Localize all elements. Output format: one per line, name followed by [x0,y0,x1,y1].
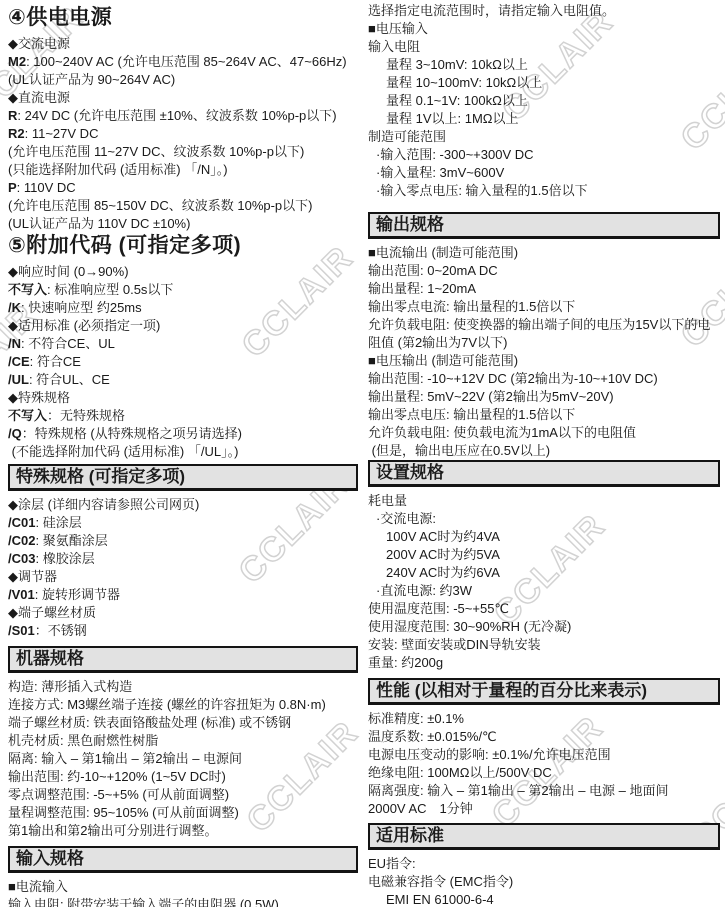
spec-line: ◆端子螺丝材质 [8,604,358,622]
spec-line: 100V AC时为约4VA [368,528,720,546]
spec-line: 2000V AC 1分钟 [368,800,720,818]
spec-line: 选择指定电流范围时，请指定输入电阻值。 [368,2,720,20]
spec-line: 重量: 约200g [368,654,720,672]
spec-line: /UL: 符合UL、CE [8,371,358,389]
section-heading-additional-codes: ⑤附加代码 (可指定多项) [8,234,358,258]
spec-line: 量程 1V以上: 1MΩ以上 [368,110,720,128]
spec-line: 电磁兼容指令 (EMC指令) [368,873,720,891]
spec-line: /C01: 硅涂层 [8,514,358,532]
spec-line-code: /S01 [8,623,35,638]
spec-line: ·交流电源: [368,510,720,528]
spec-line: 不写入：无特殊规格 [8,407,358,425]
section-heading-input-specs: 输入规格 [8,846,358,873]
spec-line-code: /Q [8,426,22,441]
section-special-specs: 特殊规格 (可指定多项) ◆涂层 (详细内容请参照公司网页)/C01: 硅涂层/… [8,464,358,640]
spec-line: 允许负载电阻: 使负载电流为1mA以下的电阻值 [368,424,720,442]
spec-line: 量程 10~100mV: 10kΩ以上 [368,74,720,92]
spec-line-code: /V01 [8,587,35,602]
spec-line: 输出范围: -10~+12V DC (第2输出为-10~+10V DC) [368,370,720,388]
spec-line: ◆特殊规格 [8,389,358,407]
right-column: 选择指定电流范围时，请指定输入电阻值。■电压输入输入电阻量程 3~10mV: 1… [368,0,720,907]
spec-line: 标准精度: ±0.1% [368,710,720,728]
spec-line: 隔离强度: 输入 – 第1输出 – 第2输出 – 电源 – 地面间 [368,782,720,800]
spec-line-code: /CE [8,354,30,369]
section-lines: EU指令:电磁兼容指令 (EMC指令)EMI EN 61000-6-4 [368,855,720,907]
spec-line: ■电流输出 (制造可能范围) [368,244,720,262]
spec-line: ■电压输入 [368,20,720,38]
spec-line: 机壳材质: 黑色耐燃性树脂 [8,732,358,750]
spec-line: EMI EN 61000-6-4 [368,891,720,907]
section-lines: ◆响应时间 (0→90%)不写入: 标准响应型 0.5s以下/K: 快速响应型 … [8,263,358,461]
spec-line: ■电流输入 [8,878,358,896]
spec-line-code: R [8,108,17,123]
spec-line: 允许负载电阻: 使变换器的输出端子间的电压为15V以下的电 [368,316,720,334]
spec-line: /S01：不锈钢 [8,622,358,640]
spec-line-code: R2 [8,126,25,141]
spec-line: (允许电压范围 85~150V DC、纹波系数 10%p-p以下) [8,197,358,215]
spec-line: ·直流电源: 约3W [368,582,720,600]
spec-line: /CE: 符合CE [8,353,358,371]
spec-line: ◆涂层 (详细内容请参照公司网页) [8,496,358,514]
spec-line: 240V AC时为约6VA [368,564,720,582]
section-lines: ◆涂层 (详细内容请参照公司网页)/C01: 硅涂层/C02: 聚氨酯涂层/C0… [8,496,358,640]
spec-line: /Q：特殊规格 (从特殊规格之项另请选择) [8,425,358,443]
spec-line: 端子螺丝材质: 铁表面铬酸盐处理 (标准) 或不锈钢 [8,714,358,732]
spec-line: (UL认证产品为 90~264V AC) [8,71,358,89]
spec-line-code: P [8,180,17,195]
spec-line: 输出量程: 5mV~22V (第2输出为5mV~20V) [368,388,720,406]
spec-line-code: 不写入 [8,282,47,297]
spec-line-code: /K [8,300,21,315]
spec-line: 输出范围: 约-10~+120% (1~5V DC时) [8,768,358,786]
section-heading-machine-specs: 机器规格 [8,646,358,673]
spec-line: ◆适用标准 (必须指定一项) [8,317,358,335]
spec-line: 输入电阻: 附带安装于输入端子的电阻器 (0.5W) [8,896,358,907]
spec-line: (只能选择附加代码 (适用标准) 「/N」。) [8,161,358,179]
section-heading-standards: 适用标准 [368,823,720,850]
spec-line: 输出范围: 0~20mA DC [368,262,720,280]
spec-line: ·输入零点电压: 输入量程的1.5倍以下 [368,182,720,200]
section-heading-installation-specs: 设置规格 [368,460,720,487]
spec-line: ◆响应时间 (0→90%) [8,263,358,281]
section-machine-specs: 机器规格 构造: 薄形插入式构造连接方式: M3螺丝端子连接 (螺丝的许容扭矩为… [8,646,358,840]
spec-line: 使用湿度范围: 30~90%RH (无冷凝) [368,618,720,636]
spec-line: /C03: 橡胶涂层 [8,550,358,568]
section-lines: 构造: 薄形插入式构造连接方式: M3螺丝端子连接 (螺丝的许容扭矩为 0.8N… [8,678,358,840]
section-output-specs: 输出规格 ■电流输出 (制造可能范围)输出范围: 0~20mA DC输出量程: … [368,212,720,460]
section-additional-codes: ⑤附加代码 (可指定多项) ◆响应时间 (0→90%)不写入: 标准响应型 0.… [8,234,358,461]
section-heading-power-supply: ④供电电源 [8,6,358,30]
section-input-specs: 输入规格 ■电流输入输入电阻: 附带安装于输入端子的电阻器 (0.5W) [8,846,358,907]
spec-line-code: 不写入 [8,408,47,423]
spec-line: 温度系数: ±0.015%/℃ [368,728,720,746]
spec-line: /V01: 旋转形调节器 [8,586,358,604]
section-lines: ■电流输入输入电阻: 附带安装于输入端子的电阻器 (0.5W) [8,878,358,907]
spec-line: R: 24V DC (允许电压范围 ±10%、纹波系数 10%p-p以下) [8,107,358,125]
section-standards: 适用标准 EU指令:电磁兼容指令 (EMC指令)EMI EN 61000-6-4 [368,823,720,907]
spec-line: 量程调整范围: 95~105% (可从前面调整) [8,804,358,822]
section-power-supply: ④供电电源 ◆交流电源M2: 100~240V AC (允许电压范围 85~26… [8,6,358,233]
spec-line: R2: 11~27V DC [8,125,358,143]
section-lines: 耗电量·交流电源:100V AC时为约4VA200V AC时为约5VA240V … [368,492,720,672]
spec-line: 输出量程: 1~20mA [368,280,720,298]
spec-line: (UL认证产品为 110V DC ±10%) [8,215,358,233]
spec-line: ◆直流电源 [8,89,358,107]
spec-line: 零点调整范围: -5~+5% (可从前面调整) [8,786,358,804]
spec-line: 量程 0.1~1V: 100kΩ以上 [368,92,720,110]
spec-line: 构造: 薄形插入式构造 [8,678,358,696]
spec-line-code: /C02 [8,533,35,548]
spec-line-code: /C01 [8,515,35,530]
section-performance: 性能 (以相对于量程的百分比来表示) 标准精度: ±0.1%温度系数: ±0.0… [368,678,720,818]
spec-line: 第1输出和第2输出可分别进行调整。 [8,822,358,840]
section-lines: 标准精度: ±0.1%温度系数: ±0.015%/℃电源电压变动的影响: ±0.… [368,710,720,818]
section-lines: 选择指定电流范围时，请指定输入电阻值。■电压输入输入电阻量程 3~10mV: 1… [368,2,720,200]
spec-line-code: /N [8,336,21,351]
spec-line: 电源电压变动的影响: ±0.1%/允许电压范围 [368,746,720,764]
spec-line: 连接方式: M3螺丝端子连接 (螺丝的许容扭矩为 0.8N·m) [8,696,358,714]
section-heading-performance: 性能 (以相对于量程的百分比来表示) [368,678,720,705]
spec-line: 使用温度范围: -5~+55℃ [368,600,720,618]
spec-line: 量程 3~10mV: 10kΩ以上 [368,56,720,74]
section-heading-output-specs: 输出规格 [368,212,720,239]
spec-line: 输出零点电压: 输出量程的1.5倍以下 [368,406,720,424]
section-installation-specs: 设置规格 耗电量·交流电源:100V AC时为约4VA200V AC时为约5VA… [368,460,720,672]
spec-line: (不能选择附加代码 (适用标准) 「/UL」。) [8,443,358,461]
spec-line: ◆交流电源 [8,35,358,53]
spec-line: /N: 不符合CE、UL [8,335,358,353]
spec-line: P: 110V DC [8,179,358,197]
spec-line-code: M2 [8,54,26,69]
left-column: ④供电电源 ◆交流电源M2: 100~240V AC (允许电压范围 85~26… [8,0,358,907]
spec-line: 不写入: 标准响应型 0.5s以下 [8,281,358,299]
spec-line: M2: 100~240V AC (允许电压范围 85~264V AC、47~66… [8,53,358,71]
spec-line: EU指令: [368,855,720,873]
spec-line: /C02: 聚氨酯涂层 [8,532,358,550]
spec-line: 安装: 壁面安装或DIN导轨安装 [368,636,720,654]
spec-line: ·输入范围: -300~+300V DC [368,146,720,164]
spec-line: 输出零点电流: 输出量程的1.5倍以下 [368,298,720,316]
spec-line: 绝缘电阻: 100MΩ以上/500V DC [368,764,720,782]
spec-line: ·输入量程: 3mV~600V [368,164,720,182]
section-input-specs-continued: 选择指定电流范围时，请指定输入电阻值。■电压输入输入电阻量程 3~10mV: 1… [368,2,720,200]
spec-line: (但是，输出电压应在0.5V以上) [368,442,720,460]
spec-line: 制造可能范围 [368,128,720,146]
spec-line: 阻值 (第2输出为7V以下) [368,334,720,352]
section-heading-special-specs: 特殊规格 (可指定多项) [8,464,358,491]
spec-line: 隔离: 输入 – 第1输出 – 第2输出 – 电源间 [8,750,358,768]
spec-line: 耗电量 [368,492,720,510]
spec-line: /K: 快速响应型 约25ms [8,299,358,317]
section-lines: ◆交流电源M2: 100~240V AC (允许电压范围 85~264V AC、… [8,35,358,233]
spec-line: ◆调节器 [8,568,358,586]
spec-line: 输入电阻 [368,38,720,56]
spec-line: ■电压输出 (制造可能范围) [368,352,720,370]
spec-line-code: /C03 [8,551,35,566]
spec-line: 200V AC时为约5VA [368,546,720,564]
spec-line-code: /UL [8,372,29,387]
spec-line: (允许电压范围 11~27V DC、纹波系数 10%p-p以下) [8,143,358,161]
section-lines: ■电流输出 (制造可能范围)输出范围: 0~20mA DC输出量程: 1~20m… [368,244,720,460]
